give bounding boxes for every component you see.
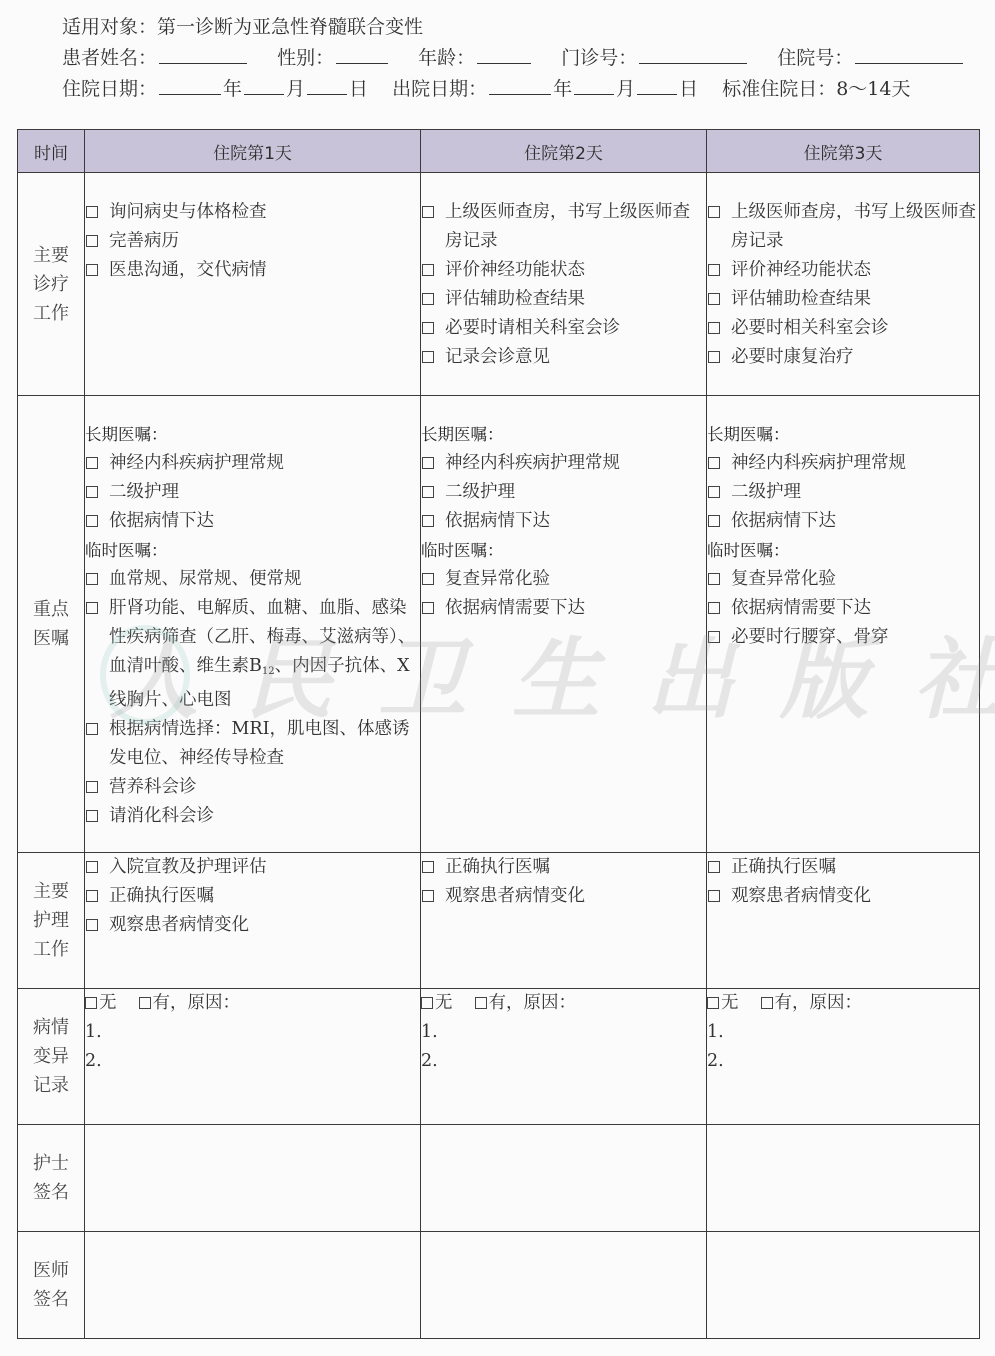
- checklist-item[interactable]: 必要时相关科室会诊: [707, 314, 979, 343]
- item-text: 观察患者病情变化: [731, 886, 871, 906]
- item-text: 肝肾功能、电解质、血糖、血脂、感染性疾病筛查（乙肝、梅毒、艾滋病等）、血清叶酸、…: [109, 598, 415, 710]
- item-text: 依据病情下达: [731, 511, 836, 531]
- item-text: 依据病情需要下达: [445, 598, 585, 618]
- checkbox[interactable]: [708, 264, 720, 276]
- table-row-diagnostic-work: 主要 诊疗 工作 询问病史与体格检查 完善病历 医患沟通，交代病情 上级医师查房…: [18, 173, 980, 396]
- checklist-item[interactable]: 神经内科疾病护理常规: [707, 449, 979, 478]
- checklist-item[interactable]: 二级护理: [85, 478, 420, 507]
- day-label: 日: [349, 78, 368, 100]
- checklist-item[interactable]: 依据病情下达: [707, 507, 979, 536]
- checkbox[interactable]: [86, 781, 98, 793]
- temporary-orders-heading: 临时医嘱：: [421, 536, 706, 565]
- row-label-line: 护士: [18, 1149, 84, 1178]
- checklist-item[interactable]: 评估辅助检查结果: [421, 285, 706, 314]
- checklist-item[interactable]: 上级医师查房，书写上级医师查房记录: [421, 198, 706, 256]
- item-text: 评估辅助检查结果: [445, 289, 585, 309]
- checklist-item[interactable]: 必要时康复治疗: [707, 343, 979, 372]
- year-label: 年: [553, 78, 572, 100]
- day3-variation-cell: 无有，原因： 1. 2.: [707, 989, 980, 1125]
- row-label-nursing-work: 主要 护理 工作: [18, 853, 85, 989]
- checkbox[interactable]: [86, 890, 98, 902]
- item-text: 依据病情下达: [445, 511, 550, 531]
- form-header: 适用对象：第一诊断为亚急性脊髓联合变性 患者姓名： 性别： 年龄： 门诊号： 住…: [62, 12, 962, 105]
- long-term-orders-heading: 长期医嘱：: [421, 420, 706, 449]
- checkbox[interactable]: [708, 293, 720, 305]
- checkbox[interactable]: [86, 515, 98, 527]
- no-variation-label: 无: [99, 993, 117, 1013]
- row-label-line: 主要: [18, 877, 84, 906]
- day1-orders-cell: 长期医嘱： 神经内科疾病护理常规 二级护理 依据病情下达 临时医嘱： 血常规、尿…: [85, 396, 421, 853]
- checkbox[interactable]: [422, 861, 434, 873]
- item-text: 评估辅助检查结果: [731, 289, 871, 309]
- table-row-nursing-work: 主要 护理 工作 入院宣教及护理评估 正确执行医嘱 观察患者病情变化 正确执行医…: [18, 853, 980, 989]
- checkbox[interactable]: [708, 457, 720, 469]
- item-text: 完善病历: [109, 231, 179, 251]
- item-text: 医患沟通，交代病情: [109, 260, 267, 280]
- checkbox[interactable]: [708, 631, 720, 643]
- checklist-item[interactable]: 二级护理: [421, 478, 706, 507]
- discharge-year-field[interactable]: [489, 74, 551, 95]
- has-variation-checkbox[interactable]: [475, 997, 487, 1009]
- item-text: 评价神经功能状态: [731, 260, 871, 280]
- checkbox[interactable]: [708, 206, 720, 218]
- discharge-month-field[interactable]: [574, 74, 614, 95]
- checkbox[interactable]: [422, 486, 434, 498]
- reason-line-1[interactable]: 1.: [421, 1018, 706, 1047]
- checklist-item[interactable]: 医患沟通，交代病情: [85, 256, 420, 285]
- checkbox[interactable]: [708, 861, 720, 873]
- checkbox[interactable]: [422, 264, 434, 276]
- checklist-item[interactable]: 血常规、尿常规、便常规: [85, 565, 420, 594]
- item-text: 神经内科疾病护理常规: [731, 453, 906, 473]
- checklist-item[interactable]: 完善病历: [85, 227, 420, 256]
- checklist-item[interactable]: 请消化科会诊: [85, 802, 420, 831]
- table-row-doctor-signature: 医师 签名: [18, 1232, 980, 1339]
- admission-month-field[interactable]: [244, 74, 284, 95]
- item-text: 血常规、尿常规、便常规: [109, 569, 302, 589]
- item-text: 记录会诊意见: [445, 347, 550, 367]
- day2-orders-cell: 长期医嘱： 神经内科疾病护理常规 二级护理 依据病情下达 临时医嘱： 复查异常化…: [421, 396, 707, 853]
- no-variation-label: 无: [435, 993, 453, 1013]
- checkbox[interactable]: [708, 322, 720, 334]
- checklist-item[interactable]: 询问病史与体格检查: [85, 198, 420, 227]
- row-label-line: 重点: [18, 595, 84, 624]
- checkbox[interactable]: [86, 486, 98, 498]
- reason-line-2[interactable]: 2.: [421, 1047, 706, 1076]
- checkbox[interactable]: [86, 861, 98, 873]
- checkbox[interactable]: [422, 515, 434, 527]
- inpatient-no-field[interactable]: [855, 43, 963, 64]
- row-label-variation-record: 病情 变异 记录: [18, 989, 85, 1125]
- item-text: 复查异常化验: [445, 569, 550, 589]
- item-text: 观察患者病情变化: [109, 915, 249, 935]
- temporary-orders-heading: 临时医嘱：: [707, 536, 979, 565]
- checklist-item[interactable]: 神经内科疾病护理常规: [85, 449, 420, 478]
- checkbox[interactable]: [86, 810, 98, 822]
- item-text: 询问病史与体格检查: [109, 202, 267, 222]
- row-label-line: 病情: [18, 1013, 84, 1042]
- checklist-item[interactable]: 观察患者病情变化: [421, 882, 706, 911]
- checkbox[interactable]: [708, 573, 720, 585]
- checkbox[interactable]: [86, 457, 98, 469]
- checkbox[interactable]: [86, 919, 98, 931]
- checkbox[interactable]: [708, 515, 720, 527]
- checkbox[interactable]: [422, 206, 434, 218]
- checkbox[interactable]: [86, 235, 98, 247]
- item-text: 请消化科会诊: [109, 806, 214, 826]
- checklist-item[interactable]: 评估辅助检查结果: [707, 285, 979, 314]
- checkbox[interactable]: [86, 206, 98, 218]
- item-text: 必要时行腰穿、骨穿: [731, 627, 889, 647]
- checkbox[interactable]: [422, 293, 434, 305]
- checklist-item[interactable]: 正确执行医嘱: [85, 882, 420, 911]
- day2-variation-cell: 无有，原因： 1. 2.: [421, 989, 707, 1125]
- item-text: 必要时相关科室会诊: [731, 318, 889, 338]
- checklist-item[interactable]: 评价神经功能状态: [421, 256, 706, 285]
- standard-stay: 标准住院日：8～14天: [722, 78, 910, 100]
- item-text: 根据病情选择：MRI，肌电图、体感诱发电位、神经传导检查: [109, 719, 410, 768]
- row-label-line: 诊疗: [18, 270, 84, 299]
- patient-name-field[interactable]: [159, 43, 247, 64]
- has-variation-checkbox[interactable]: [761, 997, 773, 1009]
- item-text: 观察患者病情变化: [445, 886, 585, 906]
- checklist-item[interactable]: 入院宣教及护理评估: [85, 853, 420, 882]
- checkbox[interactable]: [422, 351, 434, 363]
- no-variation-label: 无: [721, 993, 739, 1013]
- outpatient-no-label: 门诊号：: [561, 47, 637, 69]
- checklist-item[interactable]: 复查异常化验: [421, 565, 706, 594]
- checkbox[interactable]: [708, 351, 720, 363]
- item-text: 正确执行医嘱: [109, 886, 214, 906]
- age-label: 年龄：: [418, 47, 475, 69]
- discharge-date-label: 出院日期：: [392, 78, 487, 100]
- year-label: 年: [223, 78, 242, 100]
- checkbox[interactable]: [422, 322, 434, 334]
- checkbox[interactable]: [86, 573, 98, 585]
- checkbox[interactable]: [708, 486, 720, 498]
- checklist-item[interactable]: 评价神经功能状态: [707, 256, 979, 285]
- checklist-item[interactable]: 必要时请相关科室会诊: [421, 314, 706, 343]
- row-label-line: 工作: [18, 299, 84, 328]
- no-variation-checkbox[interactable]: [85, 997, 97, 1009]
- day1-doctor-signature-field[interactable]: [85, 1232, 421, 1339]
- table-row-variation-record: 病情 变异 记录 无有，原因： 1. 2. 无有，原因： 1. 2. 无有，原因…: [18, 989, 980, 1125]
- admission-year-field[interactable]: [159, 74, 221, 95]
- item-text: 必要时康复治疗: [731, 347, 854, 367]
- admission-day-field[interactable]: [307, 74, 347, 95]
- inpatient-no-label: 住院号：: [777, 47, 853, 69]
- row-label-key-orders: 重点 医嘱: [18, 396, 85, 853]
- month-label: 月: [616, 78, 635, 100]
- day3-orders-cell: 长期医嘱： 神经内科疾病护理常规 二级护理 依据病情下达 临时医嘱： 复查异常化…: [707, 396, 980, 853]
- checkbox[interactable]: [86, 602, 98, 614]
- checklist-item[interactable]: 观察患者病情变化: [85, 911, 420, 940]
- item-text: 二级护理: [445, 482, 515, 502]
- item-text: 正确执行医嘱: [445, 857, 550, 877]
- col-header-day3: 住院第3天: [707, 130, 980, 173]
- checkbox[interactable]: [708, 890, 720, 902]
- checkbox[interactable]: [422, 457, 434, 469]
- day3-nursing-cell: 正确执行医嘱 观察患者病情变化: [707, 853, 980, 989]
- item-text: 二级护理: [731, 482, 801, 502]
- patient-info-line: 患者姓名： 性别： 年龄： 门诊号： 住院号：: [62, 43, 962, 74]
- item-text: 二级护理: [109, 482, 179, 502]
- checklist-item[interactable]: 根据病情选择：MRI，肌电图、体感诱发电位、神经传导检查: [85, 715, 420, 773]
- checkbox[interactable]: [86, 723, 98, 735]
- row-label-line: 护理: [18, 906, 84, 935]
- reason-line-2[interactable]: 2.: [85, 1047, 420, 1076]
- item-text: 依据病情需要下达: [731, 598, 871, 618]
- no-variation-checkbox[interactable]: [421, 997, 433, 1009]
- checklist-item[interactable]: 必要时行腰穿、骨穿: [707, 623, 979, 652]
- month-label: 月: [286, 78, 305, 100]
- day3-nurse-signature-field[interactable]: [707, 1125, 980, 1232]
- sex-field[interactable]: [336, 43, 388, 64]
- item-text: 入院宣教及护理评估: [109, 857, 267, 877]
- has-variation-checkbox[interactable]: [139, 997, 151, 1009]
- day2-nurse-signature-field[interactable]: [421, 1125, 707, 1232]
- row-label-line: 医师: [18, 1256, 84, 1285]
- item-text: 上级医师查房，书写上级医师查房记录: [445, 202, 690, 251]
- checklist-item[interactable]: 依据病情需要下达: [421, 594, 706, 623]
- long-term-orders-heading: 长期医嘱：: [707, 420, 979, 449]
- applicable-line: 适用对象：第一诊断为亚急性脊髓联合变性: [62, 12, 962, 43]
- checklist-item[interactable]: 观察患者病情变化: [707, 882, 979, 911]
- checklist-item[interactable]: 肝肾功能、电解质、血糖、血脂、感染性疾病筛查（乙肝、梅毒、艾滋病等）、血清叶酸、…: [85, 594, 420, 715]
- row-label-line: 变异: [18, 1042, 84, 1071]
- row-label-line: 签名: [18, 1178, 84, 1207]
- item-text: 神经内科疾病护理常规: [445, 453, 620, 473]
- table-row-key-orders: 重点 医嘱 长期医嘱： 神经内科疾病护理常规 二级护理 依据病情下达 临时医嘱：…: [18, 396, 980, 853]
- row-label-line: 记录: [18, 1071, 84, 1100]
- item-text: 营养科会诊: [109, 777, 197, 797]
- table-header-row: 时间 住院第1天 住院第2天 住院第3天: [18, 130, 980, 173]
- checkbox[interactable]: [422, 890, 434, 902]
- checklist-item[interactable]: 正确执行医嘱: [707, 853, 979, 882]
- day1-nursing-cell: 入院宣教及护理评估 正确执行医嘱 观察患者病情变化: [85, 853, 421, 989]
- outpatient-no-field[interactable]: [639, 43, 747, 64]
- day2-nursing-cell: 正确执行医嘱 观察患者病情变化: [421, 853, 707, 989]
- has-variation-label: 有，原因：: [775, 993, 863, 1013]
- item-text: 依据病情下达: [109, 511, 214, 531]
- checklist-item[interactable]: 神经内科疾病护理常规: [421, 449, 706, 478]
- row-label-line: 签名: [18, 1285, 84, 1314]
- date-line: 住院日期：年月日 出院日期：年月日 标准住院日：8～14天: [62, 74, 962, 105]
- row-label-line: 主要: [18, 241, 84, 270]
- item-text: 复查异常化验: [731, 569, 836, 589]
- row-label-diagnostic-work: 主要 诊疗 工作: [18, 173, 85, 396]
- day1-nurse-signature-field[interactable]: [85, 1125, 421, 1232]
- table-row-nurse-signature: 护士 签名: [18, 1125, 980, 1232]
- day1-variation-cell: 无有，原因： 1. 2.: [85, 989, 421, 1125]
- reason-line-2[interactable]: 2.: [707, 1047, 979, 1076]
- discharge-day-field[interactable]: [637, 74, 677, 95]
- day-label: 日: [679, 78, 698, 100]
- col-header-day1: 住院第1天: [85, 130, 421, 173]
- checklist-item[interactable]: 二级护理: [707, 478, 979, 507]
- row-label-line: 医嘱: [18, 624, 84, 653]
- day2-diagnostic-cell: 上级医师查房，书写上级医师查房记录 评价神经功能状态 评估辅助检查结果 必要时请…: [421, 173, 707, 396]
- col-header-day2: 住院第2天: [421, 130, 707, 173]
- has-variation-label: 有，原因：: [489, 993, 577, 1013]
- age-field[interactable]: [477, 43, 531, 64]
- patient-name-label: 患者姓名：: [62, 47, 157, 69]
- item-text: 上级医师查房，书写上级医师查房记录: [731, 202, 976, 251]
- item-text: 正确执行医嘱: [731, 857, 836, 877]
- col-header-time: 时间: [18, 130, 85, 173]
- checkbox[interactable]: [708, 602, 720, 614]
- clinical-pathway-table: 时间 住院第1天 住院第2天 住院第3天 主要 诊疗 工作 询问病史与体格检查 …: [17, 129, 980, 1339]
- checklist-item[interactable]: 正确执行医嘱: [421, 853, 706, 882]
- row-label-line: 工作: [18, 935, 84, 964]
- day3-doctor-signature-field[interactable]: [707, 1232, 980, 1339]
- day3-diagnostic-cell: 上级医师查房，书写上级医师查房记录 评价神经功能状态 评估辅助检查结果 必要时相…: [707, 173, 980, 396]
- checklist-item[interactable]: 营养科会诊: [85, 773, 420, 802]
- applicable-text: 适用对象：第一诊断为亚急性脊髓联合变性: [62, 16, 423, 38]
- item-text: 必要时请相关科室会诊: [445, 318, 620, 338]
- checkbox[interactable]: [422, 602, 434, 614]
- checklist-item[interactable]: 上级医师查房，书写上级医师查房记录: [707, 198, 979, 256]
- long-term-orders-heading: 长期医嘱：: [85, 420, 420, 449]
- admission-date-label: 住院日期：: [62, 78, 157, 100]
- checkbox[interactable]: [86, 264, 98, 276]
- row-label-nurse-signature: 护士 签名: [18, 1125, 85, 1232]
- reason-line-1[interactable]: 1.: [707, 1018, 979, 1047]
- day1-diagnostic-cell: 询问病史与体格检查 完善病历 医患沟通，交代病情: [85, 173, 421, 396]
- has-variation-label: 有，原因：: [153, 993, 241, 1013]
- checklist-item[interactable]: 依据病情需要下达: [707, 594, 979, 623]
- reason-line-1[interactable]: 1.: [85, 1018, 420, 1047]
- row-label-doctor-signature: 医师 签名: [18, 1232, 85, 1339]
- checkbox[interactable]: [422, 573, 434, 585]
- sex-label: 性别：: [277, 47, 334, 69]
- checklist-item[interactable]: 复查异常化验: [707, 565, 979, 594]
- item-text: 评价神经功能状态: [445, 260, 585, 280]
- checklist-item[interactable]: 依据病情下达: [421, 507, 706, 536]
- no-variation-checkbox[interactable]: [707, 997, 719, 1009]
- temporary-orders-heading: 临时医嘱：: [85, 536, 420, 565]
- item-text: 神经内科疾病护理常规: [109, 453, 284, 473]
- checklist-item[interactable]: 依据病情下达: [85, 507, 420, 536]
- checklist-item[interactable]: 记录会诊意见: [421, 343, 706, 372]
- day2-doctor-signature-field[interactable]: [421, 1232, 707, 1339]
